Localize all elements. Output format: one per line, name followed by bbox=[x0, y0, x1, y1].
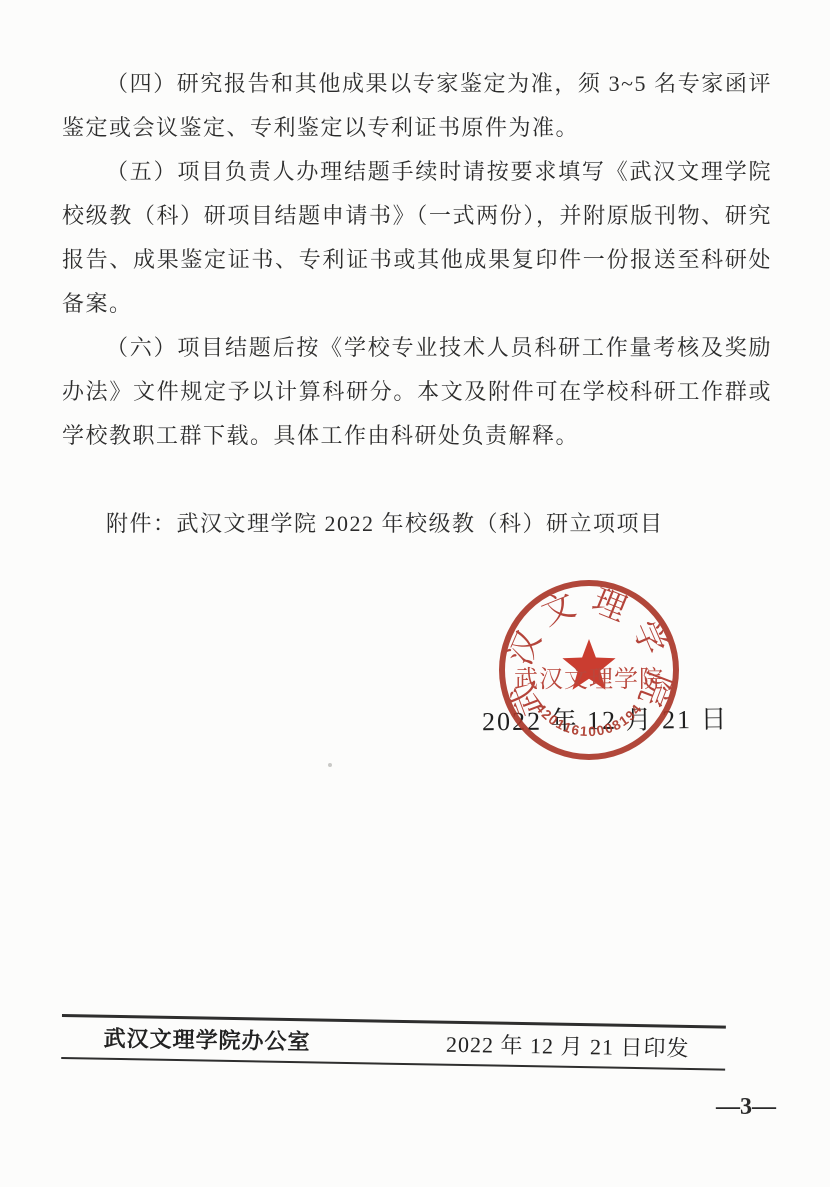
footer-office-name: 武汉文理学院办公室 bbox=[103, 1022, 311, 1057]
document-body: （四）研究报告和其他成果以专家鉴定为准，须 3~5 名专家函评鉴定或会议鉴定、专… bbox=[62, 62, 772, 546]
scan-speck bbox=[328, 763, 332, 767]
paragraph-6: （六）项目结题后按《学校专业技术人员科研工作量考核及奖励办法》文件规定予以计算科… bbox=[62, 326, 772, 458]
document-page: （四）研究报告和其他成果以专家鉴定为准，须 3~5 名专家函评鉴定或会议鉴定、专… bbox=[0, 0, 830, 1187]
official-seal-icon: 武汉文理学院 武汉文理学院 42011610008194 bbox=[494, 575, 684, 765]
footer: 武汉文理学院办公室 2022 年 12 月 21 日印发 bbox=[61, 1014, 726, 1071]
page-number: —3— bbox=[716, 1094, 776, 1121]
paragraph-5: （五）项目负责人办理结题手续时请按要求填写《武汉文理学院校级教（科）研项目结题申… bbox=[62, 150, 772, 326]
footer-print-date: 2022 年 12 月 21 日印发 bbox=[446, 1028, 690, 1063]
paragraph-4: （四）研究报告和其他成果以专家鉴定为准，须 3~5 名专家函评鉴定或会议鉴定、专… bbox=[62, 62, 772, 150]
seal-center-text: 武汉文理学院 bbox=[514, 666, 664, 693]
attachment-line: 附件：武汉文理学院 2022 年校级教（科）研立项项目 bbox=[62, 502, 772, 546]
